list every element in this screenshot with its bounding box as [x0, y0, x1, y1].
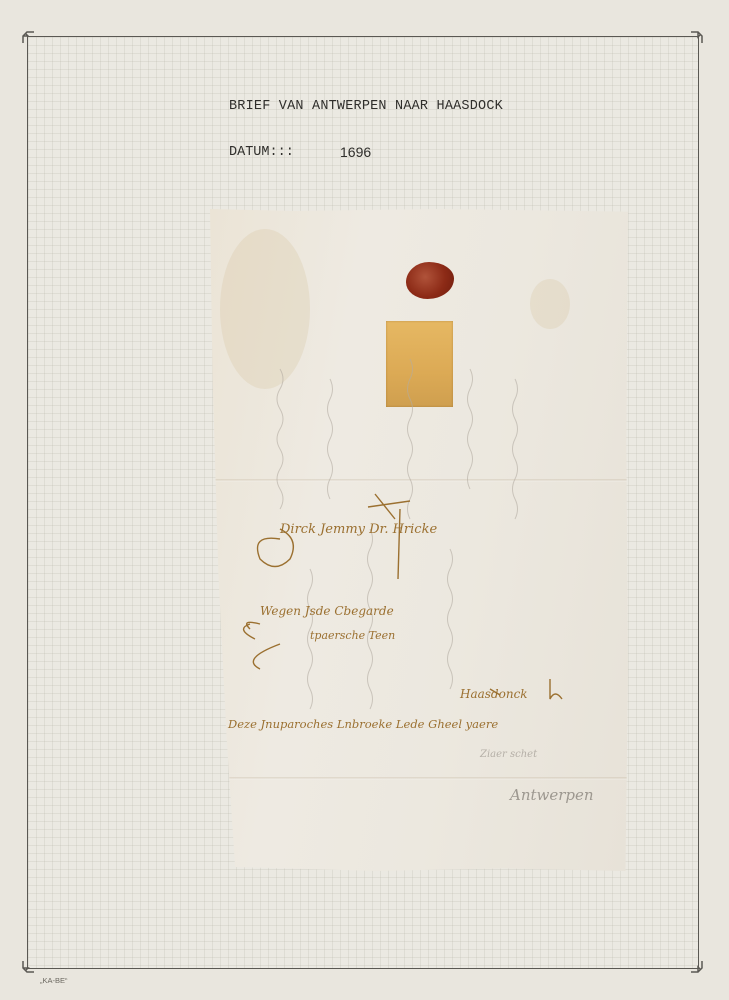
address-line-pencil: Ziaer schet [480, 749, 537, 760]
address-line: tpaersche Teen [310, 629, 395, 642]
address-line: Haasdonck [460, 687, 528, 701]
paper-stain [530, 279, 570, 329]
wax-seal [406, 262, 454, 299]
address-line: Dirck Jemmy Dr. Hricke [280, 522, 437, 537]
frame-corner-ornament-icon [22, 31, 34, 43]
historical-letter: Dirck Jemmy Dr. Hricke Wegen Jsde Cbegar… [210, 209, 628, 871]
frame-corner-ornament-icon [691, 31, 703, 43]
frame-corner-ornament-icon [691, 961, 703, 973]
page-title: BRIEF VAN ANTWERPEN NAAR HAASDOCK [229, 99, 503, 114]
frame-corner-ornament-icon [22, 961, 34, 973]
address-line: Deze Jnuparoches Lnbroeke Lede Gheel yae… [228, 717, 498, 731]
address-line: Wegen Jsde Cbegarde [260, 604, 394, 618]
date-label: DATUM::: [229, 145, 294, 160]
origin-city-pencil: Antwerpen [510, 786, 594, 804]
album-page: BRIEF VAN ANTWERPEN NAAR HAASDOCK DATUM:… [0, 0, 729, 1000]
publisher-mark: „KA-BE“ [40, 976, 68, 985]
date-value: 1696 [340, 144, 371, 160]
